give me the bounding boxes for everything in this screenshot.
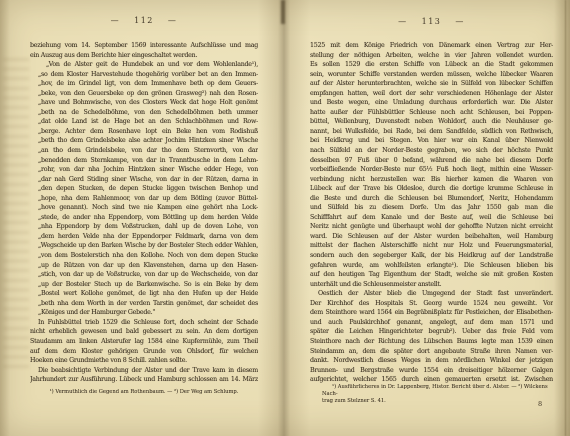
text-line: Schifffahrt auf dem Kanale und der Beste… [310, 213, 553, 223]
text-line: dem Steinthore ward 1564 ein Begräbnißpl… [310, 308, 553, 318]
footnote-line: ¹) Ausführlicheres in Dr. Lappenberg, Hi… [322, 384, 553, 398]
text-line: die Beste und durch die Schleusen bei Bl… [310, 194, 553, 204]
text-line: mittelst der flachen Alsterschiffe nicht… [310, 241, 553, 251]
footnote-line: ¹) Vermuthlich die Gegend am Rothenbaum.… [30, 389, 258, 396]
right-page-edge-shadow [554, 0, 570, 436]
text-line: auf den heutigen Tag Eigenthum der Stadt… [310, 270, 553, 280]
text-line: „stich, von dar up de Voßstrucke, von da… [30, 270, 258, 280]
text-line: Jahrhundert zur Ausführung. Lübeck und H… [30, 375, 258, 385]
text-line: „hov, de im Grindel ligt, von dem Immenh… [30, 79, 258, 89]
text-line: Oestlich der Alster blieb die Umgegend d… [310, 289, 553, 299]
text-line: ward. Die Schleusen auf der Alster wurde… [310, 232, 553, 242]
text-line: „dar nah Gerd Stiding siner Wische, von … [30, 175, 258, 185]
text-line: vorbeifließende Norder-Beste nur 65½ Fuß… [310, 165, 553, 175]
text-line: „beke, von den Geuersbeke op den grönen … [30, 89, 258, 99]
footnote-line: trag zum Stelzner S. 41. [322, 398, 553, 405]
text-line: unterhält und die Schleusenmeister anste… [310, 280, 553, 290]
text-line: „dat olde Land ist de Hage bet an den Sc… [30, 117, 258, 127]
text-line: „Königes und der Hamburger Gebede." [30, 308, 258, 318]
text-line: „hope, nha dem Rahlenmoor, von dar up de… [30, 194, 258, 204]
text-line: „von dem Bostelerstich nha den Kollohe. … [30, 251, 258, 261]
text-line: „beth nha dem Worth in der verden Tarsti… [30, 299, 258, 309]
text-line: „beth na de Schedelböhme, von den Schede… [30, 108, 258, 118]
text-line: Die beabsichtigte Verbindung der Alster … [30, 366, 258, 376]
text-line: „Von de Alster geit de Hundebek an und v… [30, 60, 258, 70]
text-line: Es sollen 1529 die ersten Schiffe von Lü… [310, 60, 553, 70]
text-line: büttel, Wellenburg, Duvenstedt neben Woh… [310, 117, 553, 127]
text-line: Staudamm am linken Alsterufer lag 1584 e… [30, 337, 258, 347]
text-line: und auch Paulskirchhof genannt, angelegt… [310, 318, 553, 328]
text-line: gefahren wurde, am wohlfeilsten erlangte… [310, 261, 553, 271]
text-line: nach Sülfeld an der Norder-Beste gegrabe… [310, 146, 553, 156]
text-line: sein, worunter Schiffe verstanden werden… [310, 70, 553, 80]
page-113-footnote: ¹) Ausführlicheres in Dr. Lappenberg, Hi… [322, 384, 553, 405]
text-line: bei Heidkrug und bei Stegen. Von hier wa… [310, 136, 553, 146]
gutter-shadow [258, 0, 310, 436]
text-line: ein Auszug aus dem Berichte hier eingesc… [30, 51, 258, 61]
text-line: „den depen Stucken, de depen Stucke ligg… [30, 184, 258, 194]
text-line: auf der Alster herunterbrachten, welche … [310, 79, 553, 89]
text-line: „beth tho dem Grindelsbeke alse achter J… [30, 136, 258, 146]
text-line: In Fuhlsbüttel trieb 1529 die Schleuse f… [30, 318, 258, 328]
text-line: „berge. Achter dem Rosenhave lopt ein Be… [30, 127, 258, 137]
text-line: „Wegscheide up den Barken Wische by der … [30, 241, 258, 251]
text-line: „rohr, von dar nha Jochim Hintzken siner… [30, 165, 258, 175]
text-line: „up de Rützen von dar up den Klavenstehe… [30, 261, 258, 271]
page-112-footnote: ¹) Vermuthlich die Gegend am Rothenbaum.… [30, 389, 258, 396]
text-line: „nha Eppendorp by dem Voßstrucken, dahl … [30, 222, 258, 232]
page-number-header-112: — 112 — [30, 16, 258, 25]
page-edge-line [565, 0, 567, 436]
text-line: desselben 97 Fuß über 0 befand, während … [310, 156, 553, 166]
text-line: Brunnen- und Bergstraße wurde 1554 ein d… [310, 366, 553, 376]
signature-mark: 8 [538, 400, 542, 408]
text-line: und Sülfeld bis zu diesem Dorfe. Um das … [310, 203, 553, 213]
text-line: „an tho dem Grindelsbeke, von dar tho de… [30, 146, 258, 156]
text-line: auf dem dem Kloster gehörigen Grunde von… [30, 347, 258, 357]
text-line: nannt, bei Wulksfelde, bei Rade, bei dem… [310, 127, 553, 137]
show-through-text [3, 58, 29, 368]
text-line: Steinthore nach der Richtung des Lübsche… [310, 337, 553, 347]
text-line: „stede, de ander nha Eppendorp, vom Bött… [30, 213, 258, 223]
text-line: stellung der nöthigen Arbeiten, welche i… [310, 51, 553, 61]
text-line: Der Kirchhof des Hospitals St. Georg wur… [310, 299, 553, 309]
text-line: später die Leichen Hingerichteter begrub… [310, 327, 553, 337]
text-line: „have und Bohmwische, von des Closters W… [30, 98, 258, 108]
book-spread: — 112 — beziehung vom 14. September 1569… [0, 0, 570, 436]
text-line: beziehung vom 14. September 1569 interes… [30, 41, 258, 51]
left-page-edge-shadow [0, 0, 10, 436]
text-line: 1525 mit dem Könige Friedrich von Dänema… [310, 41, 553, 51]
text-line: sondern auch den segeberger Kalk, der bi… [310, 251, 553, 261]
text-line: verbindung nicht herzustellen war. Bis h… [310, 175, 553, 185]
text-line: Hoeken eine Grundmiethe von 8 Schill. za… [30, 356, 258, 366]
page-112-body: beziehung vom 14. September 1569 interes… [30, 41, 258, 385]
text-line: dankt. Nordwestlich dieses Weges in dem … [310, 356, 553, 366]
page-113-body: 1525 mit dem Könige Friedrich von Dänema… [310, 41, 553, 385]
text-line: „dem herden Velde nha der Eppendorper Fe… [30, 232, 258, 242]
text-line: „hove genannt). Noch sind twe nie Kampen… [30, 203, 258, 213]
text-line: „so dem Kloster Harvestehude thogehörig … [30, 70, 258, 80]
text-line: nicht erheblich gewesen und bald gebesse… [30, 327, 258, 337]
text-line: Steindamm an, dem die später dort angeba… [310, 347, 553, 357]
text-line: und Beste wegen, eine Umladung durchaus … [310, 98, 553, 108]
text-line: Lübeck auf der Trave bis Oldesloe, durch… [310, 184, 553, 194]
spine-crease [281, 0, 285, 24]
text-line: „up der Bosteler Stech up de Barkenwisch… [30, 280, 258, 290]
text-line: hatte außer der Fühlsbüttler Schleuse no… [310, 108, 553, 118]
text-line: empfangen hatten, weil dort der sehr ver… [310, 89, 553, 99]
page-number-header-113: — 113 — [310, 17, 553, 26]
text-line: „benedden dem Sternkampe, von dar in Tra… [30, 156, 258, 166]
text-line: „Bostel wert Kollohe genömet, de ligt nh… [30, 289, 258, 299]
text-line: Neritz nicht genügte und überhaupt wohl … [310, 222, 553, 232]
